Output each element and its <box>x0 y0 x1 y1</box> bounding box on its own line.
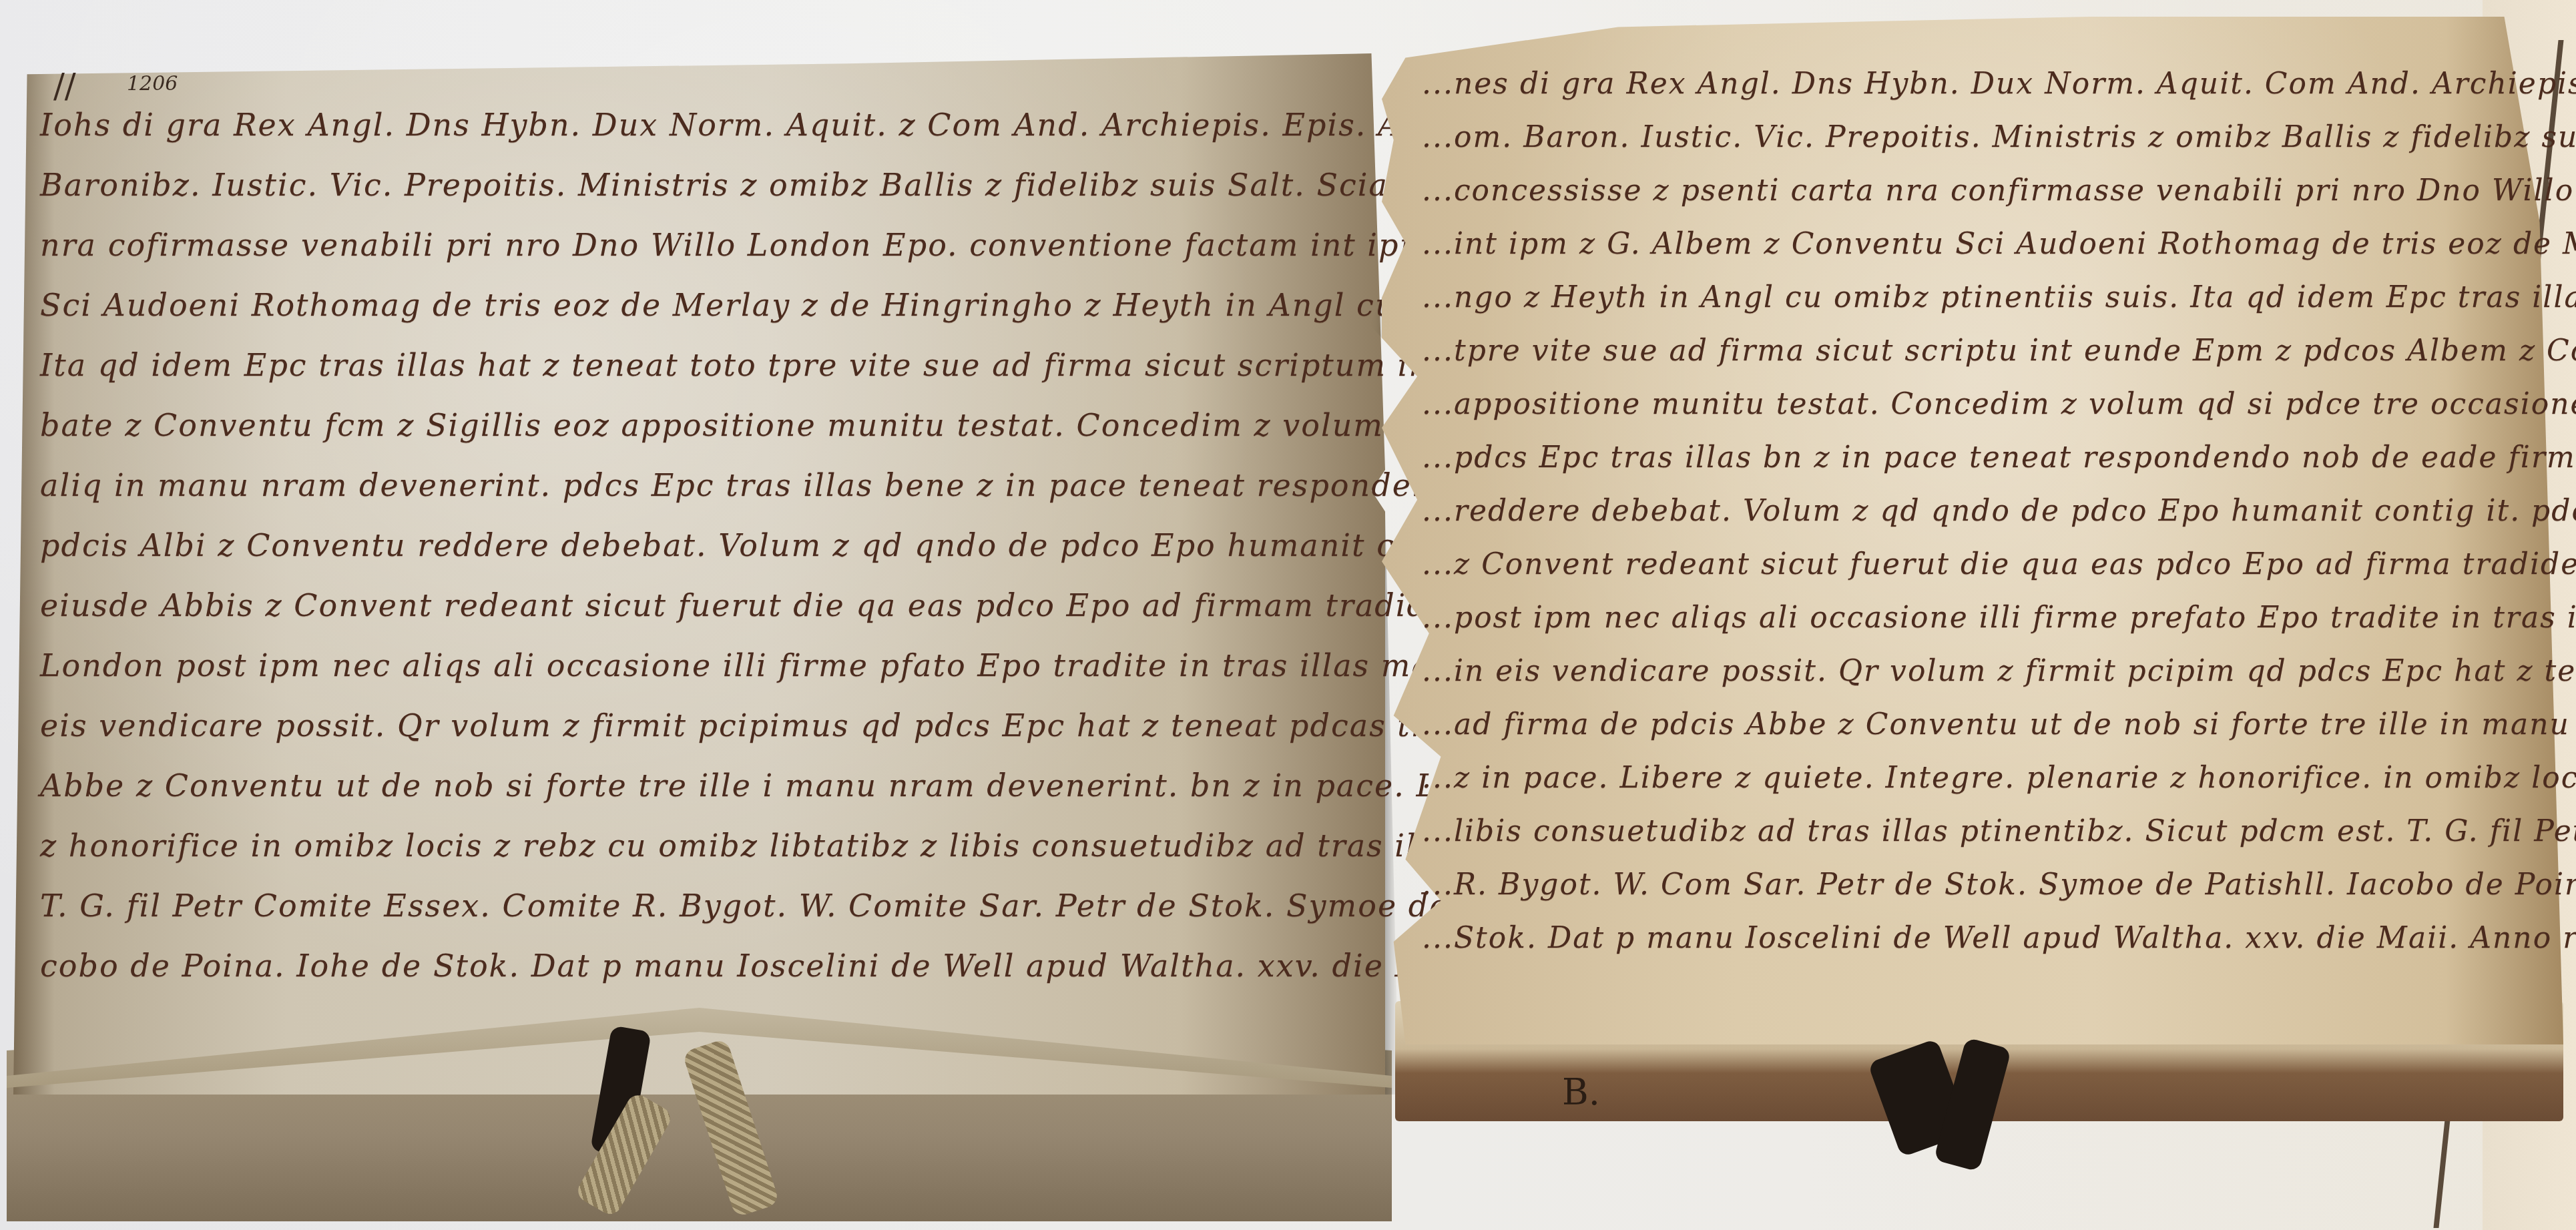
left-charter-archive-mark: // <box>53 67 76 105</box>
right-charter-line: ...tpre vite sue ad firma sicut scriptu … <box>1422 334 2543 368</box>
left-charter-line: nra cofirmasse venabili pri nro Dno Will… <box>40 227 1348 263</box>
right-charter-line: ...appositione munitu testat. Concedim z… <box>1422 387 2543 421</box>
left-charter-line: pdcis Albi z Conventu reddere debebat. V… <box>40 527 1348 563</box>
right-charter-line: ...concessisse z psenti carta nra confir… <box>1422 174 2543 208</box>
left-charter-line: T. G. fil Petr Comite Essex. Comite R. B… <box>40 888 1348 924</box>
right-charter-line: ...post ipm nec aliqs ali occasione illi… <box>1422 601 2543 635</box>
right-charter-line: ...z in pace. Libere z quiete. Integre. … <box>1422 761 2543 795</box>
left-charter-line: cobo de Poina. Iohe de Stok. Dat p manu … <box>40 948 1348 984</box>
left-charter-line: bate z Conventu fcm z Sigillis eoz appos… <box>40 407 1348 443</box>
right-charter-fold-mark: B. <box>1562 1071 1600 1113</box>
right-charter-line: ...nes di gra Rex Angl. Dns Hybn. Dux No… <box>1422 67 2543 101</box>
right-charter-line: ...int ipm z G. Albem z Conventu Sci Aud… <box>1422 227 2543 261</box>
left-charter-line: eis vendicare possit. Qr volum z firmit … <box>40 707 1348 743</box>
right-charter-line: ...Stok. Dat p manu Ioscelini de Well ap… <box>1422 921 2543 955</box>
right-charter-line: ...ad firma de pdcis Abbe z Conventu ut … <box>1422 707 2543 741</box>
right-charter-line: ...R. Bygot. W. Com Sar. Petr de Stok. S… <box>1422 868 2543 902</box>
right-charter-line: ...z Convent redeant sicut fuerut die qu… <box>1422 547 2543 581</box>
left-charter-line: Abbe z Conventu ut de nob si forte tre i… <box>40 767 1348 804</box>
left-charter-archive-number: 1206 <box>127 72 178 95</box>
left-charter-line: Iohs di gra Rex Angl. Dns Hybn. Dux Norm… <box>40 107 1348 143</box>
right-charter-line: ...om. Baron. Iustic. Vic. Prepoitis. Mi… <box>1422 120 2543 154</box>
left-charter-line: Ita qd idem Epc tras illas hat z teneat … <box>40 347 1348 383</box>
left-charter-parchment <box>13 53 1385 1095</box>
left-charter-line: aliq in manu nram devenerint. pdcs Epc t… <box>40 467 1348 503</box>
left-charter-line: eiusde Abbis z Convent redeant sicut fue… <box>40 587 1348 623</box>
right-charter-line: ...in eis vendicare possit. Qr volum z f… <box>1422 654 2543 688</box>
left-charter-line: London post ipm nec aliqs ali occasione … <box>40 647 1348 683</box>
right-charter-line: ...pdcs Epc tras illas bn z in pace tene… <box>1422 440 2543 475</box>
left-charter-line: Sci Audoeni Rothomag de tris eoz de Merl… <box>40 287 1348 323</box>
right-charter-line: ...reddere debebat. Volum z qd qndo de p… <box>1422 494 2543 528</box>
right-charter-line: ...ngo z Heyth in Angl cu omibz ptinenti… <box>1422 280 2543 314</box>
right-charter-line: ...libis consuetudibz ad tras illas ptin… <box>1422 814 2543 848</box>
left-charter-line: Baronibz. Iustic. Vic. Prepoitis. Minist… <box>40 167 1348 203</box>
left-charter-line: z honorifice in omibz locis z rebz cu om… <box>40 828 1348 864</box>
